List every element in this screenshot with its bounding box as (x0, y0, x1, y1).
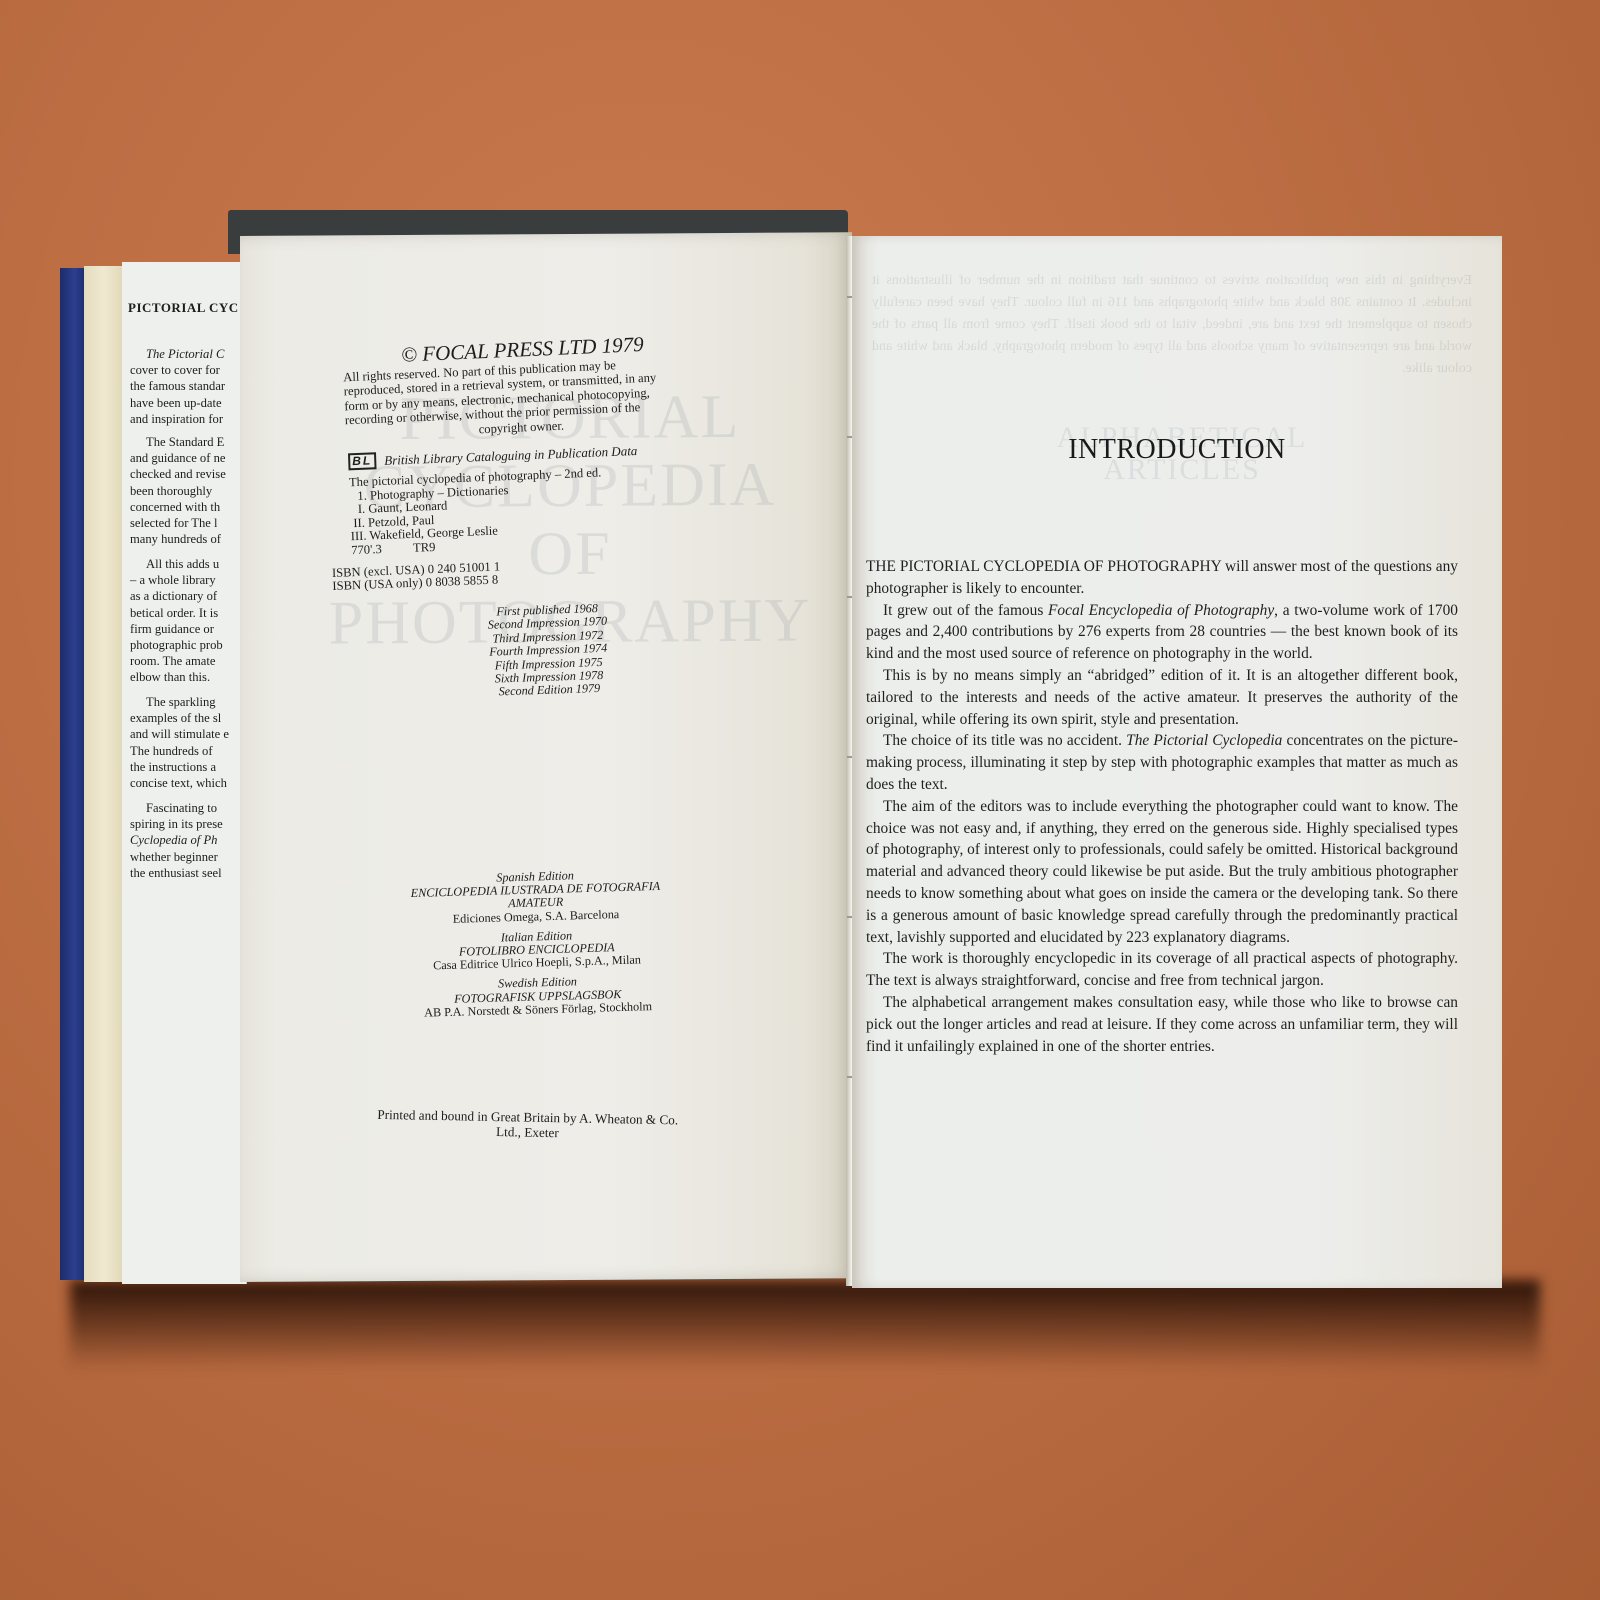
paragraph: The work is thoroughly encyclopedic in i… (866, 948, 1458, 992)
paragraph: The alphabetical arrangement makes consu… (866, 992, 1458, 1057)
left-page-copyright: PICTORIAL CYCLOPEDIA OF PHOTOGRAPHY © FO… (240, 232, 852, 1282)
british-library-logo-icon: BL (348, 452, 377, 470)
flap-paragraph-2: The Standard E and guidance of ne checke… (130, 434, 247, 547)
flap-paragraph-4: The sparkling examples of the sl and wil… (130, 694, 247, 791)
introduction-body: THE PICTORIAL CYCLOPEDIA OF PHOTOGRAPHY … (866, 556, 1458, 1057)
paragraph: It grew out of the famous Focal Encyclop… (866, 600, 1458, 665)
flap-paragraph-3: All this adds u – a whole library as a d… (130, 556, 247, 686)
dust-jacket-flap: PICTORIAL CYC The Pictorial C cover to c… (122, 262, 247, 1284)
dust-jacket-fold (84, 266, 124, 1282)
cip-entries: The pictorial cyclopedia of photography … (349, 465, 641, 558)
paragraph: The choice of its title was no accident.… (866, 730, 1458, 795)
copyright-block: © FOCAL PRESS LTD 1979 All rights reserv… (342, 329, 705, 442)
cip-block: BL British Library Cataloguing in Public… (348, 442, 642, 593)
book-shadow (70, 1280, 1540, 1370)
flap-paragraph-1: The Pictorial C cover to cover for the f… (130, 346, 247, 427)
foreign-editions: Spanish Edition ENCICLOPEDIA ILUSTRADA D… (370, 866, 703, 1021)
paragraph: This is by no means simply an “abridged”… (866, 665, 1458, 730)
printer-imprint: Printed and bound in Great Britain by A.… (347, 1107, 708, 1143)
paragraph: The aim of the editors was to include ev… (866, 796, 1458, 949)
flap-title: PICTORIAL CYC (128, 300, 239, 316)
show-through-text: Everything in this new publication striv… (872, 270, 1472, 380)
flap-paragraph-5: Fascinating to spiring in its prese Cycl… (130, 800, 247, 881)
impressions-list: First published 1968 Second Impression 1… (462, 601, 635, 701)
page-title: INTRODUCTION (852, 434, 1502, 466)
book-cover-spine-edge (60, 268, 84, 1280)
right-page-introduction: Everything in this new publication striv… (852, 236, 1502, 1288)
paragraph: THE PICTORIAL CYCLOPEDIA OF PHOTOGRAPHY … (866, 556, 1458, 600)
